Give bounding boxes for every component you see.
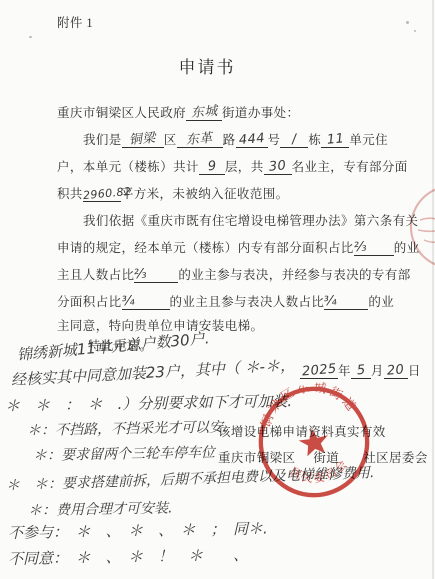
unit-handwritten: 11: [326, 131, 345, 148]
voting-headcount-ratio-handwritten: ¾: [324, 293, 338, 310]
printed-text: 单元住: [349, 133, 388, 147]
printed-text: 号: [268, 133, 281, 147]
salutation-suffix: 街道办事处：: [222, 106, 299, 120]
area-handwritten: 2960.82: [82, 184, 132, 204]
body-line: 主且人数占比⅔的业主参与表决，并经参与表决的专有部: [57, 265, 411, 283]
printed-text: 栋: [308, 133, 321, 147]
voting-area-ratio-handwritten: ¾: [121, 293, 135, 310]
annotation-condition-light: ＊：不挡路，不挡采光才可以安.: [27, 417, 228, 440]
voting-headcount-ratio-blank: ¾: [324, 293, 368, 310]
printed-text: 路: [223, 133, 236, 147]
area-ratio-handwritten: ⅔: [353, 239, 367, 256]
number-handwritten: 444: [238, 131, 265, 149]
body-line: 我们依据《重庆市既有住宅增设电梯管理办法》第六条有关: [57, 211, 418, 229]
annotation-disagree: 不同意： ＊ 、 ＊ ！ ＊ 、: [8, 544, 248, 569]
printed-text: 主且人数占比: [57, 268, 134, 282]
printed-text: 名业主，专有部分面: [292, 160, 408, 174]
building-handwritten: /: [291, 132, 297, 148]
body-line: 积共2960.82平方米，未被纳入征收范围。: [57, 184, 289, 202]
printed-text: 我们依据《重庆市既有住宅增设电梯管理办法》第六条有关: [83, 214, 418, 228]
area-ratio-blank: ⅔: [354, 239, 394, 256]
printed-text: 我们是: [83, 133, 122, 147]
annotation-not-participating: 不参与： ＊ 、 ＊ 、 ＊ ； 同＊.: [8, 517, 268, 543]
district-handwritten: 铜梁: [129, 131, 157, 149]
scan-noise-dot: [406, 21, 409, 24]
floors-handwritten: 9: [207, 159, 217, 176]
unit-blank: 11: [321, 131, 349, 148]
scan-noise-dot: [414, 30, 416, 32]
printed-text: 申请的规定，经本单元（楼栋）内专有部分面积占比: [57, 241, 354, 255]
printed-text: 积共: [57, 187, 83, 201]
printed-text: 的业: [368, 295, 394, 309]
printed-text: 平方米，未被纳入征收范围。: [121, 187, 289, 201]
street-name-handwritten: 东城: [190, 104, 218, 122]
printed-text: 层，共: [225, 160, 264, 174]
edge-partial-stamp: [394, 182, 435, 274]
printed-text: 的业主参与表决，并经参与表决的专有部: [178, 268, 410, 282]
annotation-condition-cost: ＊：费用合理才可安装.: [28, 497, 173, 520]
day-unit: 日: [408, 364, 421, 378]
owners-count-blank: 30: [264, 158, 292, 175]
voting-area-ratio-blank: ¾: [122, 293, 170, 310]
printed-text: 的业主且参与表决人数占比: [170, 295, 325, 309]
road-handwritten: 东革: [186, 131, 214, 149]
owners-count-handwritten: 30: [268, 158, 287, 175]
attachment-label: 附件 1: [57, 13, 93, 31]
area-blank: 2960.82: [83, 185, 121, 202]
floors-blank: 9: [199, 158, 225, 175]
page-title: 申请书: [0, 53, 414, 78]
committee-round-stamp: 铜梁区东城街道 居民委员会: [247, 375, 381, 509]
stamp-arc-top-text: 铜梁区东城街道: [252, 375, 363, 432]
building-blank: /: [280, 131, 308, 148]
scan-edge-line: [432, 0, 434, 579]
stamp-star-icon: [297, 426, 331, 457]
body-line: 申请的规定，经本单元（楼栋）内专有部分面积占比⅔的业: [57, 238, 420, 256]
printed-text: 区: [164, 133, 177, 147]
salutation-line: 重庆市铜梁区人民政府东城街道办事处：: [57, 103, 299, 121]
year-handwritten: 2025: [301, 362, 337, 381]
salutation-prefix: 重庆市铜梁区人民政府: [57, 106, 186, 120]
printed-text: 分面积占比: [57, 295, 122, 309]
svg-text:铜梁区东城街道: 铜梁区东城街道: [252, 375, 363, 432]
body-line: 户，本单元（楼栋）共计9层，共30名业主，专有部分面: [57, 157, 408, 175]
year-blank: 2025: [300, 362, 338, 379]
month-unit: 月: [371, 364, 384, 378]
day-blank: 20: [384, 362, 408, 379]
printed-text: 户，本单元（楼栋）共计: [57, 160, 199, 174]
annotation-condition-parking: ＊：要求留两个三轮车停车位: [33, 442, 215, 465]
street-name-blank: 东城: [186, 104, 222, 121]
headcount-ratio-handwritten: ⅔: [134, 266, 148, 283]
district-blank: 铜梁: [122, 131, 164, 148]
scanned-application-document: 附件 1 申请书 重庆市铜梁区人民政府东城街道办事处： 我们是铜梁区东革路444…: [0, 0, 435, 579]
body-line: 分面积占比¾的业主且参与表决人数占比¾的业: [57, 292, 394, 310]
scan-noise-dot: [29, 36, 32, 38]
day-handwritten: 20: [386, 362, 405, 379]
number-blank: 444: [236, 131, 268, 148]
road-blank: 东革: [177, 131, 223, 148]
headcount-ratio-blank: ⅔: [134, 266, 178, 283]
body-line: 我们是铜梁区东革路444号/栋11单元住: [57, 130, 388, 148]
